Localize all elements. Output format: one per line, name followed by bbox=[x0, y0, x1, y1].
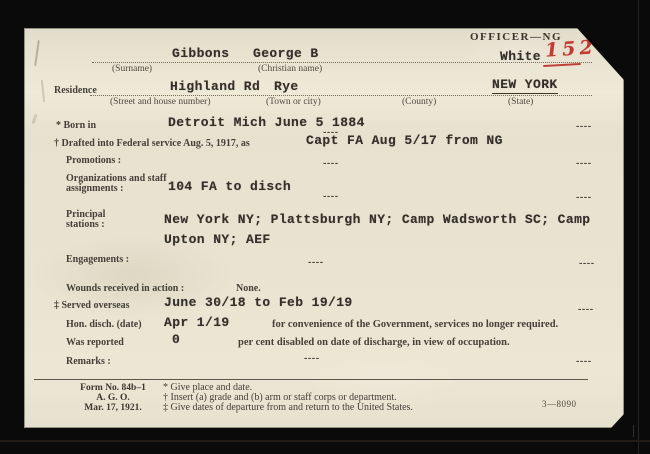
handwritten-red-number: 152 bbox=[544, 36, 597, 62]
town-label: (Town or city) bbox=[266, 97, 321, 107]
residence-dotted-line bbox=[90, 95, 592, 96]
disability-suffix-text: per cent disabled on date of discharge, … bbox=[238, 337, 510, 348]
organizations-dash-mid: ---- bbox=[322, 192, 338, 202]
christian-name-label: (Christian name) bbox=[258, 64, 322, 74]
wounds-value: None. bbox=[236, 283, 261, 294]
footnotes-block: * Give place and date. † Insert (a) grad… bbox=[163, 383, 413, 413]
organizations-dash-right: ---- bbox=[575, 193, 591, 203]
drafted-value: Capt FA Aug 5/17 from NG bbox=[306, 133, 503, 148]
scan-frame-corner bbox=[633, 425, 634, 437]
pencil-mark bbox=[31, 114, 37, 124]
pencil-mark bbox=[34, 40, 40, 66]
state-value: NEW YORK bbox=[492, 77, 558, 94]
principal-stations-value-line1: New York NY; Plattsburgh NY; Camp Wadswo… bbox=[164, 212, 590, 227]
form-number: Form No. 84b–1 bbox=[52, 383, 174, 393]
state-label: (State) bbox=[508, 97, 533, 107]
footer-rule bbox=[34, 379, 588, 380]
disability-value: 0 bbox=[172, 332, 180, 347]
remarks-dash-mid: ---- bbox=[303, 354, 319, 364]
discharge-suffix-text: for convenience of the Government, servi… bbox=[272, 319, 558, 330]
remarks-dash-right: ---- bbox=[575, 357, 591, 367]
race-value: White bbox=[500, 49, 541, 64]
served-overseas-label: ‡ Served overseas bbox=[54, 300, 130, 311]
promotions-dash-mid: ---- bbox=[322, 159, 338, 169]
promotions-dash-right: ---- bbox=[575, 159, 591, 169]
street-label: (Street and house number) bbox=[110, 97, 211, 107]
service-record-card: OFFICER—NG Gibbons George B White 152 (S… bbox=[24, 28, 624, 428]
served-overseas-value: June 30/18 to Feb 19/19 bbox=[164, 295, 353, 310]
organizations-value: 104 FA to disch bbox=[168, 179, 291, 194]
scan-frame-line-bottom bbox=[0, 440, 650, 442]
surname-label: (Surname) bbox=[112, 64, 152, 74]
street-value: Highland Rd bbox=[170, 79, 260, 94]
principal-stations-value-line2: Upton NY; AEF bbox=[164, 232, 271, 247]
born-label: * Born in bbox=[56, 120, 96, 131]
residence-label: Residence bbox=[54, 85, 97, 96]
scanned-page: { "card": { "type_label": "OFFICER—NG", … bbox=[0, 0, 650, 454]
red-underline-mark bbox=[543, 63, 581, 67]
promotions-label: Promotions : bbox=[66, 155, 121, 166]
form-identification-block: Form No. 84b–1 A. G. O. Mar. 17, 1921. bbox=[52, 383, 174, 413]
discharge-value: Apr 1/19 bbox=[164, 315, 230, 330]
form-office: A. G. O. bbox=[52, 393, 174, 403]
principal-stations-label: Principal stations : bbox=[66, 210, 136, 230]
form-date: Mar. 17, 1921. bbox=[52, 403, 174, 413]
discharge-label: Hon. disch. (date) bbox=[66, 319, 142, 330]
engagements-label: Engagements : bbox=[66, 254, 129, 265]
overseas-dash-right: ---- bbox=[577, 305, 593, 315]
born-dash-right: ---- bbox=[575, 122, 591, 132]
county-label: (County) bbox=[402, 97, 436, 107]
scan-frame-line-right bbox=[638, 0, 639, 454]
organizations-label: Organizations and staff assignments : bbox=[66, 174, 172, 194]
remarks-label: Remarks : bbox=[66, 356, 111, 367]
wounds-label: Wounds received in action : bbox=[66, 283, 184, 294]
pencil-mark bbox=[41, 80, 45, 102]
engagements-dash-mid: ---- bbox=[307, 258, 323, 268]
engagements-dash-right: ---- bbox=[578, 259, 594, 269]
print-code: 3—8090 bbox=[542, 399, 577, 409]
surname-value: Gibbons bbox=[172, 46, 229, 61]
town-value: Rye bbox=[274, 79, 299, 94]
footnote-3: ‡ Give dates of departure from and retur… bbox=[163, 403, 413, 413]
disability-label: Was reported bbox=[66, 337, 124, 348]
christian-name-value: George B bbox=[253, 46, 319, 61]
drafted-label: † Drafted into Federal service Aug. 5, 1… bbox=[54, 138, 250, 149]
